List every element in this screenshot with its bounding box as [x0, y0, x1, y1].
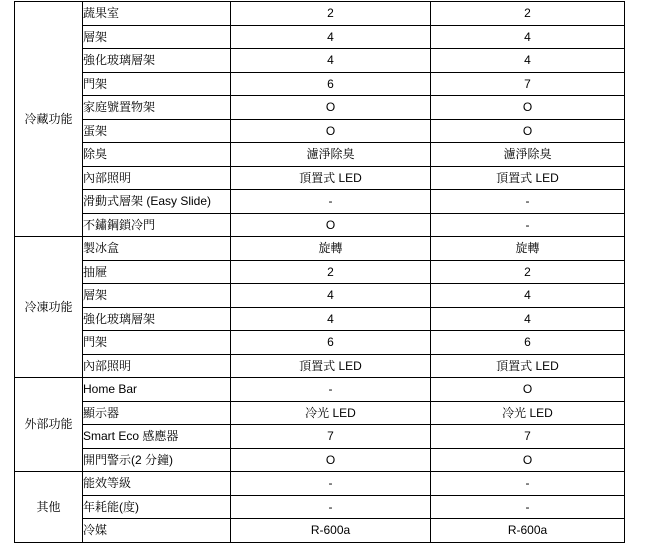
value-cell-col1: - [231, 378, 431, 402]
table-row: 年耗能(度)-- [15, 495, 625, 519]
value-cell-col1: O [231, 96, 431, 120]
feature-cell: 顯示器 [83, 401, 231, 425]
value-cell-col1: 4 [231, 284, 431, 308]
value-cell-col1: 頂置式 LED [231, 166, 431, 190]
value-cell-col1: - [231, 190, 431, 214]
table-row: 家庭號置物架OO [15, 96, 625, 120]
table-row: 層架44 [15, 25, 625, 49]
value-cell-col2: 7 [431, 72, 625, 96]
value-cell-col2: - [431, 495, 625, 519]
value-cell-col2: O [431, 448, 625, 472]
value-cell-col1: 冷光 LED [231, 401, 431, 425]
table-row: 開門警示(2 分鐘)OO [15, 448, 625, 472]
feature-cell: 蔬果室 [83, 2, 231, 26]
value-cell-col1: - [231, 472, 431, 496]
value-cell-col2: 頂置式 LED [431, 166, 625, 190]
table-row: 蛋架OO [15, 119, 625, 143]
feature-cell: 內部照明 [83, 354, 231, 378]
value-cell-col2: 4 [431, 25, 625, 49]
feature-cell: 開門警示(2 分鐘) [83, 448, 231, 472]
table-row: 不鏽鋼鎖冷門O- [15, 213, 625, 237]
value-cell-col1: R-600a [231, 519, 431, 543]
value-cell-col2: 旋轉 [431, 237, 625, 261]
value-cell-col1: 6 [231, 331, 431, 355]
feature-cell: 門架 [83, 331, 231, 355]
value-cell-col2: 4 [431, 49, 625, 73]
category-cell: 冷凍功能 [15, 237, 83, 378]
table-row: 除臭濾淨除臭濾淨除臭 [15, 143, 625, 167]
table-row: 強化玻璃層架44 [15, 49, 625, 73]
feature-cell: 層架 [83, 284, 231, 308]
feature-cell: 蛋架 [83, 119, 231, 143]
value-cell-col1: 旋轉 [231, 237, 431, 261]
feature-cell: 內部照明 [83, 166, 231, 190]
category-cell: 其他 [15, 472, 83, 543]
value-cell-col1: 4 [231, 307, 431, 331]
value-cell-col1: 2 [231, 260, 431, 284]
value-cell-col2: 濾淨除臭 [431, 143, 625, 167]
value-cell-col2: 4 [431, 307, 625, 331]
category-cell: 外部功能 [15, 378, 83, 472]
feature-cell: Home Bar [83, 378, 231, 402]
value-cell-col2: 7 [431, 425, 625, 449]
table-row: 顯示器冷光 LED冷光 LED [15, 401, 625, 425]
table-row: Smart Eco 感應器77 [15, 425, 625, 449]
table-row: 門架66 [15, 331, 625, 355]
table-row: 冷藏功能蔬果室22 [15, 2, 625, 26]
table-row: 內部照明頂置式 LED頂置式 LED [15, 354, 625, 378]
table-row: 強化玻璃層架44 [15, 307, 625, 331]
table-row: 冷凍功能製冰盒旋轉旋轉 [15, 237, 625, 261]
value-cell-col1: 頂置式 LED [231, 354, 431, 378]
feature-cell: 滑動式層架 (Easy Slide) [83, 190, 231, 214]
feature-cell: 除臭 [83, 143, 231, 167]
value-cell-col1: 7 [231, 425, 431, 449]
value-cell-col1: 6 [231, 72, 431, 96]
feature-cell: Smart Eco 感應器 [83, 425, 231, 449]
value-cell-col2: 2 [431, 2, 625, 26]
spec-table: 冷藏功能蔬果室22層架44強化玻璃層架44門架67家庭號置物架OO蛋架OO除臭濾… [14, 1, 625, 543]
value-cell-col1: - [231, 495, 431, 519]
feature-cell: 冷媒 [83, 519, 231, 543]
spec-table-body: 冷藏功能蔬果室22層架44強化玻璃層架44門架67家庭號置物架OO蛋架OO除臭濾… [15, 2, 625, 543]
table-row: 層架44 [15, 284, 625, 308]
table-row: 外部功能Home Bar-O [15, 378, 625, 402]
value-cell-col2: 2 [431, 260, 625, 284]
feature-cell: 層架 [83, 25, 231, 49]
value-cell-col2: - [431, 472, 625, 496]
table-row: 內部照明頂置式 LED頂置式 LED [15, 166, 625, 190]
value-cell-col2: 冷光 LED [431, 401, 625, 425]
value-cell-col2: O [431, 96, 625, 120]
value-cell-col2: 4 [431, 284, 625, 308]
feature-cell: 強化玻璃層架 [83, 49, 231, 73]
value-cell-col1: 4 [231, 25, 431, 49]
table-row: 滑動式層架 (Easy Slide)-- [15, 190, 625, 214]
value-cell-col2: 6 [431, 331, 625, 355]
table-row: 其他能效等級-- [15, 472, 625, 496]
table-row: 冷媒R-600aR-600a [15, 519, 625, 543]
feature-cell: 家庭號置物架 [83, 96, 231, 120]
value-cell-col1: O [231, 213, 431, 237]
feature-cell: 製冰盒 [83, 237, 231, 261]
table-row: 抽屜22 [15, 260, 625, 284]
feature-cell: 強化玻璃層架 [83, 307, 231, 331]
value-cell-col2: - [431, 213, 625, 237]
value-cell-col2: R-600a [431, 519, 625, 543]
category-cell: 冷藏功能 [15, 2, 83, 237]
feature-cell: 年耗能(度) [83, 495, 231, 519]
feature-cell: 能效等級 [83, 472, 231, 496]
table-row: 門架67 [15, 72, 625, 96]
value-cell-col2: 頂置式 LED [431, 354, 625, 378]
value-cell-col1: 4 [231, 49, 431, 73]
value-cell-col2: O [431, 378, 625, 402]
feature-cell: 門架 [83, 72, 231, 96]
value-cell-col1: 濾淨除臭 [231, 143, 431, 167]
value-cell-col1: 2 [231, 2, 431, 26]
value-cell-col2: O [431, 119, 625, 143]
value-cell-col1: O [231, 448, 431, 472]
value-cell-col1: O [231, 119, 431, 143]
feature-cell: 抽屜 [83, 260, 231, 284]
value-cell-col2: - [431, 190, 625, 214]
feature-cell: 不鏽鋼鎖冷門 [83, 213, 231, 237]
